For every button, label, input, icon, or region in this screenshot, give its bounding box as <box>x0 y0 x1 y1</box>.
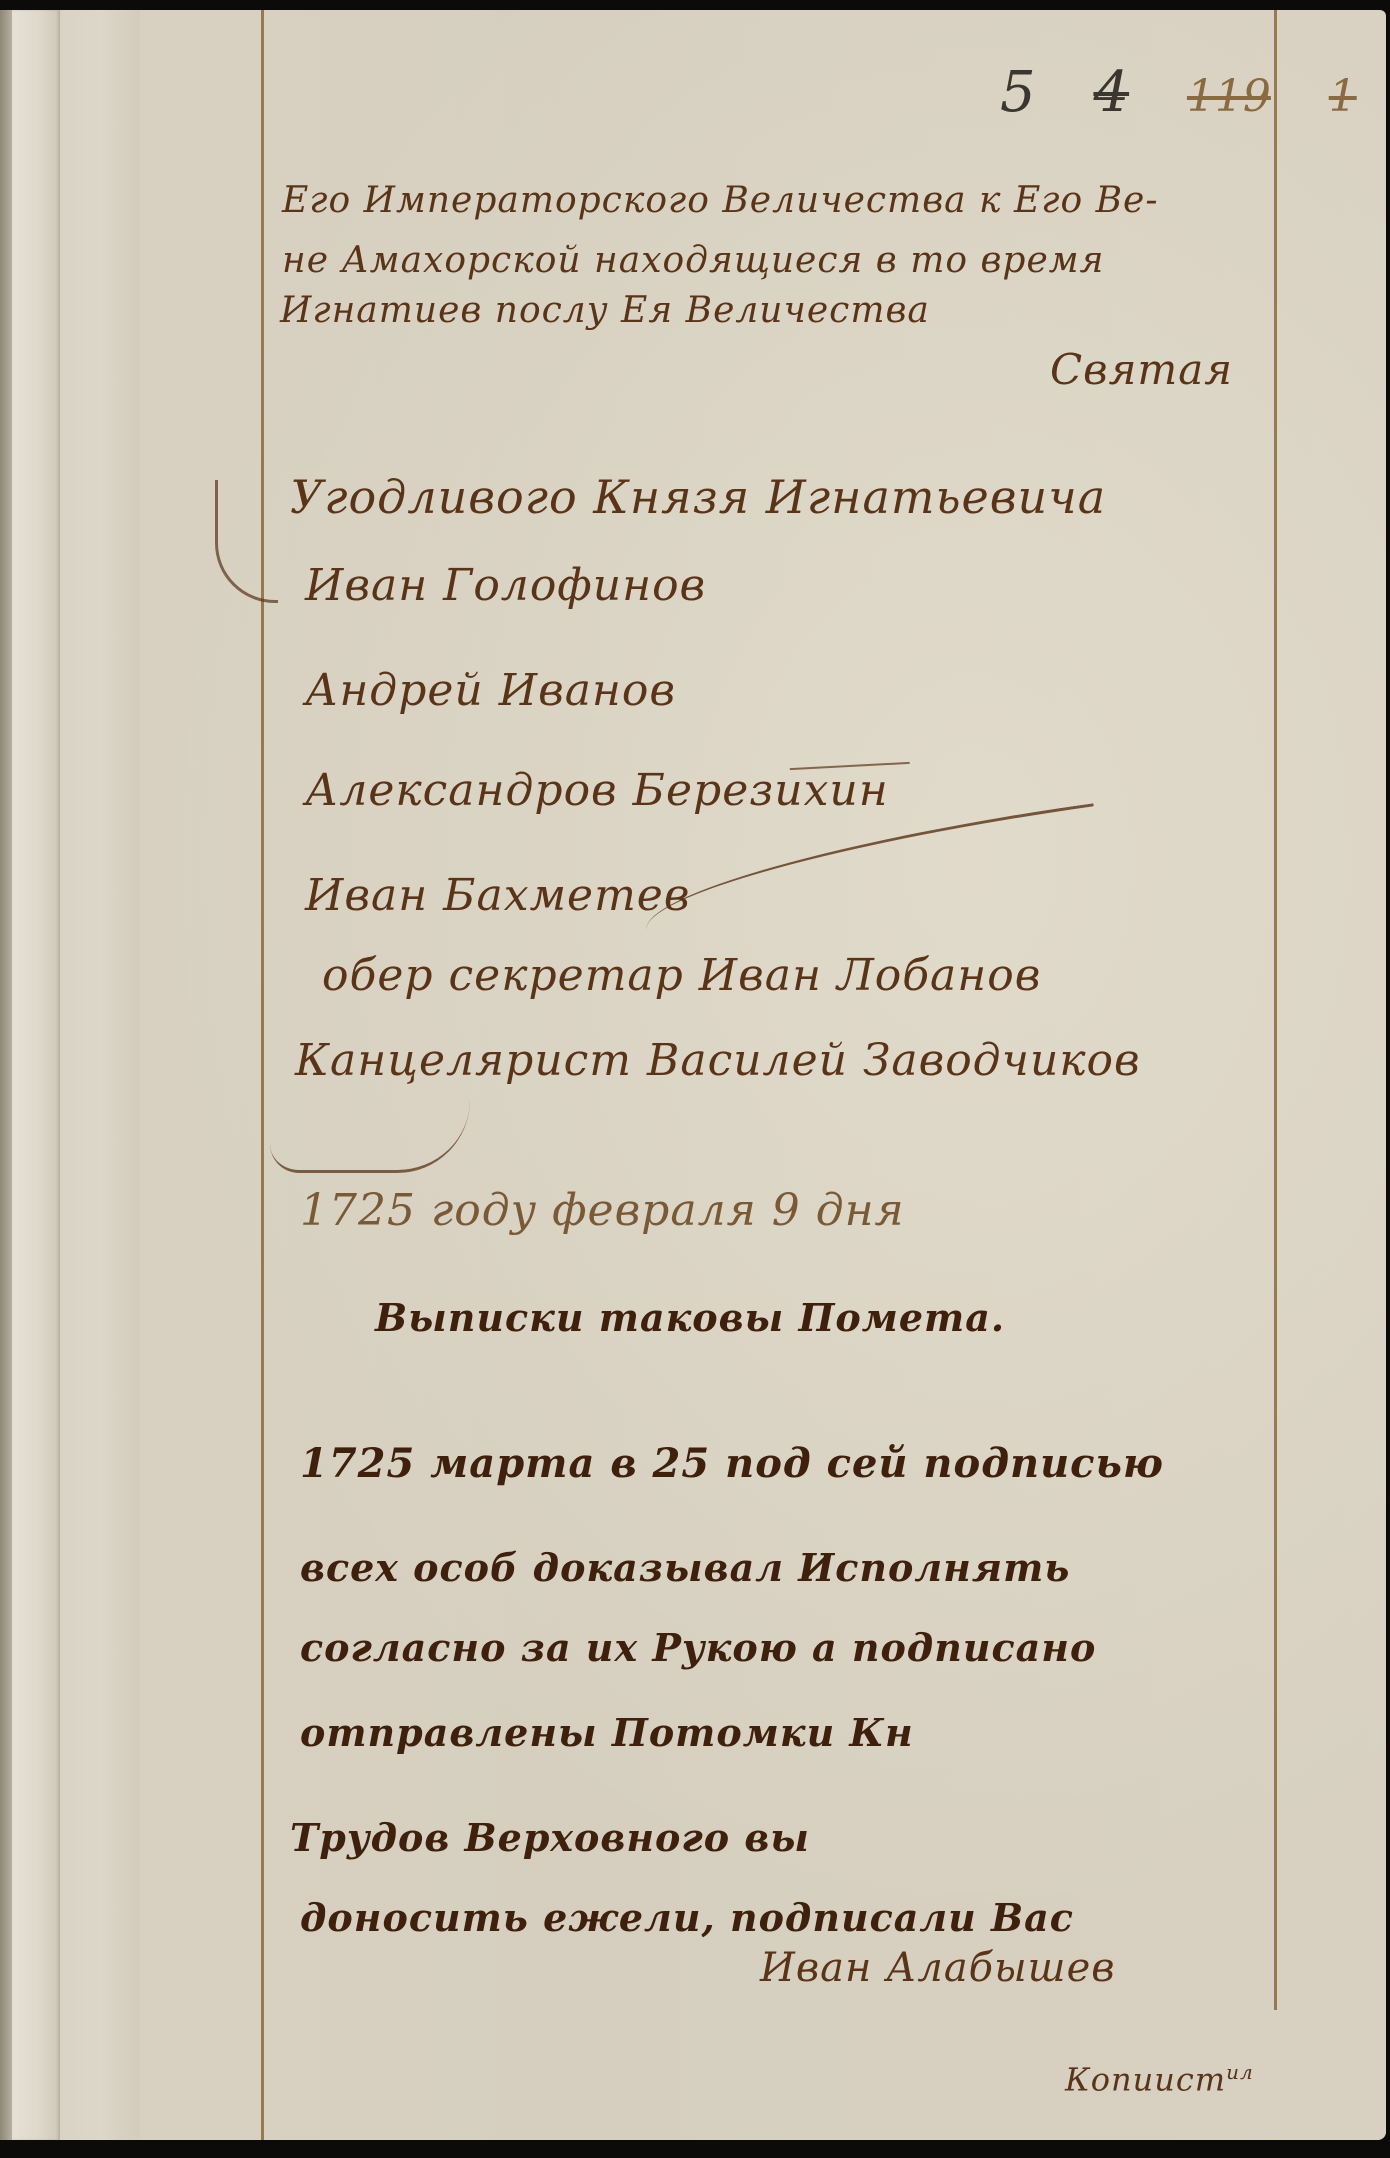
folio-struck-3: 1 <box>1329 71 1357 122</box>
binding-strip <box>12 10 60 2140</box>
body-line: согласно за их Рукою а подписано <box>300 1625 1096 1670</box>
gutter-fold <box>60 10 140 2140</box>
header-line-1: Его Императорского Величества к Его Ве- <box>282 180 1159 221</box>
folio-current: 5 <box>1000 60 1036 125</box>
clerk-note-text: Копиист <box>1065 2061 1226 2099</box>
folio-struck-1: 4 <box>1093 60 1129 125</box>
body-line: отправлены Потомки Кн <box>300 1710 914 1755</box>
name-item: Канцелярист Василей Заводчиков <box>295 1035 1141 1086</box>
clerk-note-superscript: ил <box>1226 2060 1254 2084</box>
binding-edge <box>0 10 12 2140</box>
header-line-4: Святая <box>1050 345 1233 394</box>
left-margin-rule <box>261 10 264 2140</box>
folio-struck-2: 119 <box>1187 71 1271 122</box>
clerk-note: Копиистил <box>1065 2060 1254 2099</box>
body-line: доносить ежели, подписали Вас <box>300 1895 1074 1940</box>
signature: Иван Алабышев <box>760 1945 1116 1991</box>
date-line: 1725 году февраля 9 дня <box>300 1185 905 1236</box>
header-line-3: Игнатиев послу Ея Величества <box>280 290 930 331</box>
name-item: обер секретар Иван Лобанов <box>322 950 1041 1001</box>
body-line: всех особ доказывал Исполнять <box>300 1545 1070 1590</box>
name-item: Андрей Иванов <box>305 665 676 716</box>
body-line: 1725 марта в 25 под сей подписью <box>300 1440 1164 1487</box>
folio-numbers: 5 4 119 1 <box>1000 60 1390 125</box>
name-item: Иван Голофинов <box>305 560 706 611</box>
name-item: Иван Бахметев <box>305 870 690 921</box>
right-margin-rule <box>1274 10 1277 2010</box>
second-heading: Выписки таковы Помета. <box>375 1295 1005 1340</box>
body-line: Трудов Верховного вы <box>290 1815 810 1860</box>
names-heading: Угодливого Князя Игнатьевича <box>290 470 1106 524</box>
header-line-2: не Амахорской находящиеся в то время <box>282 240 1104 281</box>
